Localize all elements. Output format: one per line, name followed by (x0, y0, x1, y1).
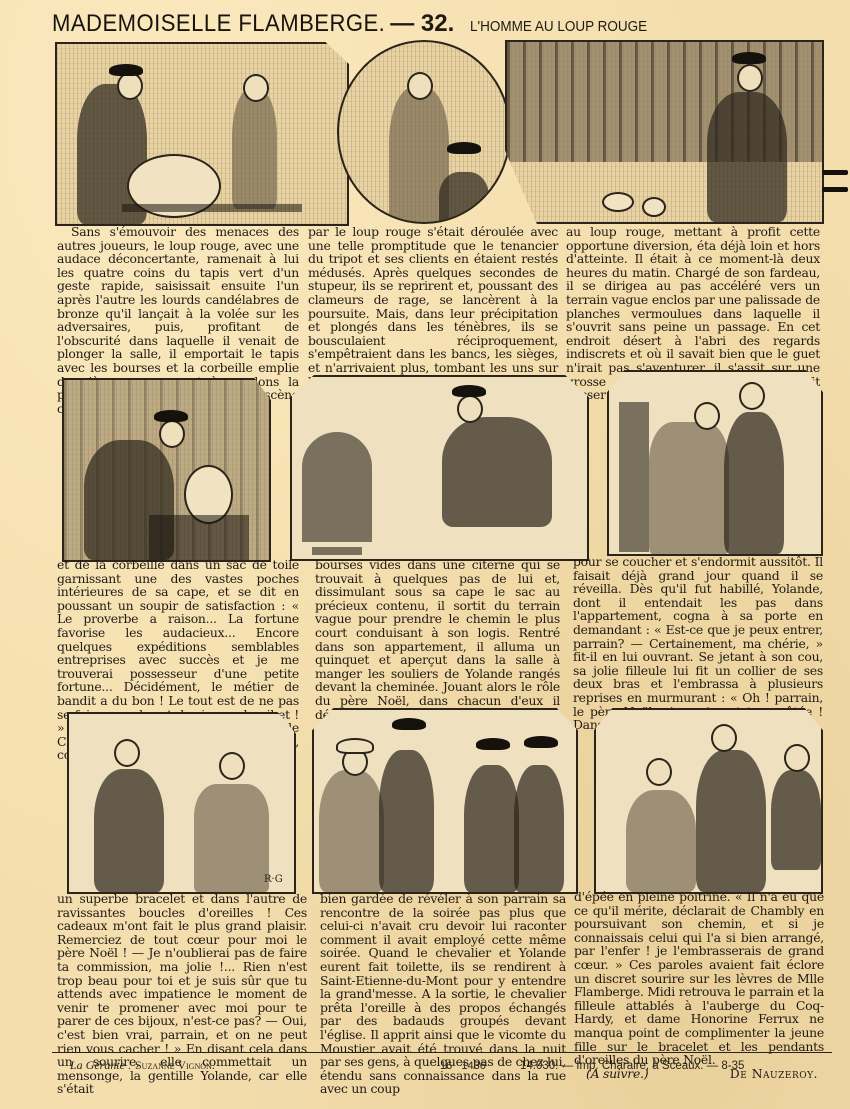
publisher-credit: La Gérante : Suzanne Vignon. (70, 1058, 440, 1073)
yolande-head (694, 402, 720, 430)
onlooker-figure (514, 765, 564, 892)
godfather-figure (724, 412, 784, 554)
footer-rule (52, 1052, 832, 1053)
artist-signature: R·G (264, 874, 283, 885)
episode-number: — 32. (390, 10, 454, 38)
hostess-head (711, 724, 737, 752)
purse-icon (602, 192, 634, 212)
hat-icon (452, 385, 486, 397)
gambler-figure (439, 172, 489, 224)
illustration-panel-7: R·G (67, 712, 296, 894)
yolande-figure (649, 422, 729, 554)
illustration-panel-3 (505, 40, 824, 224)
illustration-panel-4 (62, 378, 271, 562)
chevalier-head (114, 739, 140, 767)
hat-icon (732, 52, 766, 64)
hat-icon (524, 736, 558, 748)
yolande-figure (626, 790, 696, 892)
godfather-head (784, 744, 810, 772)
yolande-figure (194, 784, 269, 892)
onlooker-figure (464, 765, 519, 892)
shoes (312, 547, 362, 555)
chevalier-figure (379, 750, 434, 892)
door (619, 402, 649, 552)
episode-subtitle: L'HOMME AU LOUP ROUGE (470, 18, 647, 35)
bandit-head (159, 420, 185, 448)
page-footer: La Gérante : Suzanne Vignon. 16 1436 14.… (52, 1058, 832, 1074)
godfather-head (739, 382, 765, 410)
gambler-head (243, 74, 269, 102)
illustration-panel-2 (337, 40, 511, 224)
gerante-name: Suzanne Vignon. (135, 1058, 215, 1072)
chevalier-figure (442, 417, 552, 527)
bandit-head (117, 72, 143, 100)
series-title: MADEMOISELLE FLAMBERGE. (52, 10, 385, 38)
chevalier-figure (94, 769, 164, 892)
hat-icon (476, 738, 510, 750)
text-col-2-3: pour se coucher et s'endormit aussitôt. … (573, 555, 823, 732)
illustration-panel-6 (607, 370, 823, 556)
gambler-figure (232, 89, 277, 209)
bonnet-icon (336, 738, 374, 754)
print-codes: 16 1436 (440, 1060, 520, 1072)
yolande-head (219, 752, 245, 780)
paragraph: d'épée en pleine poitrine. « Il n'a eu q… (574, 890, 824, 1067)
fireplace (302, 432, 372, 542)
yolande-figure (319, 770, 384, 892)
imprint: 14.030. — Imp. Charaire, à Sceaux. — 8-3… (520, 1060, 744, 1072)
hostess-figure (696, 750, 766, 892)
hat-icon (109, 64, 143, 76)
bandit-head (737, 64, 763, 92)
yolande-head (646, 758, 672, 786)
cistern (149, 515, 249, 560)
page-header: MADEMOISELLE FLAMBERGE. — 32. L'HOMME AU… (52, 10, 832, 40)
table (122, 204, 302, 212)
hat-icon (392, 718, 426, 730)
gambler-head (407, 72, 433, 100)
hat-icon (447, 142, 481, 154)
gerante-label: La Gérante : (70, 1058, 132, 1072)
chevalier-head (457, 395, 483, 423)
bandit-figure (707, 92, 787, 222)
illustration-panel-8 (312, 708, 578, 894)
edge-marks (822, 170, 848, 204)
comic-page: MADEMOISELLE FLAMBERGE. — 32. L'HOMME AU… (0, 0, 850, 1109)
hat-icon (154, 410, 188, 422)
purse-icon (642, 197, 666, 217)
illustration-panel-9 (594, 708, 823, 894)
paragraph: pour se coucher et s'endormit aussitôt. … (573, 555, 823, 732)
godfather-figure (771, 770, 821, 870)
illustration-panel-1 (55, 42, 349, 226)
illustration-panel-5 (290, 375, 589, 561)
